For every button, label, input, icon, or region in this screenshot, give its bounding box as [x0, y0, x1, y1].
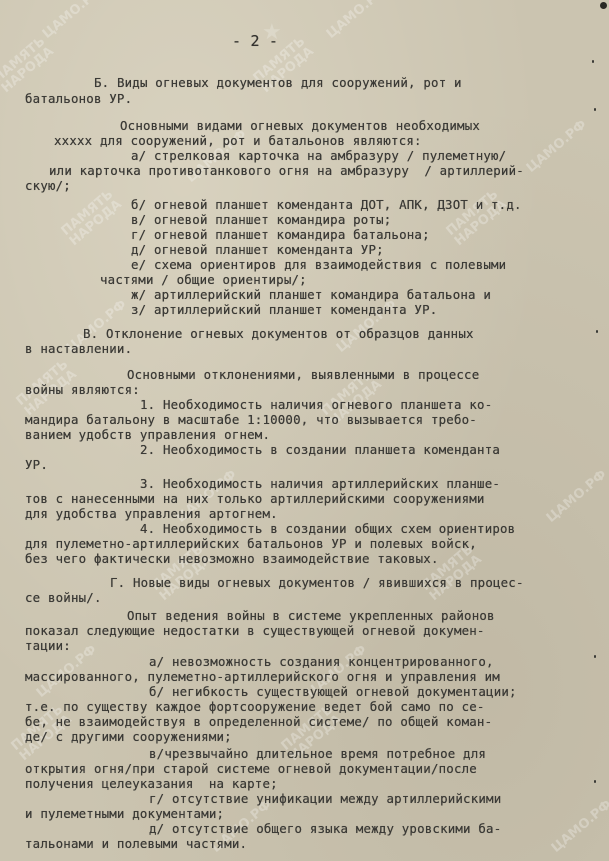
text-line: тации: [25, 639, 71, 653]
list-item-cont: для удобства управления артогнем. [25, 507, 278, 521]
list-item: а/ стрелковая карточка на амбразуру / пу… [131, 149, 506, 163]
list-item-cont: УР. [25, 458, 48, 472]
section-v-heading: В. Отклонение огневых документов от обра… [83, 327, 474, 341]
list-item: в/чрезвычайно длительное время потребное… [149, 747, 486, 761]
section-b-heading-cont: батальонов УР. [25, 92, 132, 106]
text-line: Основными видами огневых документов необ… [120, 119, 480, 133]
list-item-cont: ванием удобств управления огнем. [25, 428, 270, 442]
list-item: г/ огневой планшет командира батальона; [131, 228, 430, 242]
page-number: - 2 - [232, 34, 278, 48]
list-item-cont: т.е. по существу каждое фортсооружение в… [25, 700, 485, 714]
paper-speck [594, 108, 596, 111]
list-item-cont: тальонами и полевыми частями. [25, 837, 247, 851]
section-v-heading-cont: в наставлении. [25, 342, 132, 356]
text-line: ххххх для сооружений, рот и батальонов я… [54, 134, 422, 148]
list-item: б/ негибкость существующей огневой докум… [149, 685, 517, 699]
watermark-archive: ЦАМО.РФ [544, 468, 609, 525]
document-page: ЦАМО.РФ ЦАМО.РФ ПАМЯТЬНАРОДА ★ ПАМЯТЬНАР… [0, 0, 609, 861]
list-item-cont: мандира батальону в масштабе 1:10000, чт… [25, 413, 477, 427]
watermark-archive: ЦАМО.РФ [549, 798, 609, 855]
list-item: 3. Необходимость наличия артиллерийских … [140, 477, 500, 491]
section-g-heading: Г. Новые виды огневых документов / явивш… [110, 576, 524, 590]
list-item: з/ артиллерийский планшет коменданта УР. [131, 303, 437, 317]
watermark-archive: ЦАМО.РФ [40, 0, 105, 41]
list-item: 2. Необходимость в создании планшета ком… [140, 443, 500, 457]
list-item-cont: получения целеуказания на карте; [25, 777, 278, 791]
paper-speck [592, 60, 594, 63]
list-item-cont: скую/; [25, 179, 71, 193]
list-item-cont: де/ с другими сооружениями; [25, 730, 232, 744]
text-line: Опыт ведения войны в системе укрепленных… [127, 609, 495, 623]
watermark-archive: ЦАМО.РФ [524, 118, 589, 175]
paper-speck [594, 780, 596, 783]
list-item: д/ отсутствие общего языка между уровски… [149, 822, 501, 836]
paper-speck [596, 330, 598, 333]
list-item: е/ схема ориентиров для взаимодействия с… [131, 258, 506, 272]
list-item-cont: массированного, пулеметно-артиллерийског… [25, 670, 500, 684]
list-item: 1. Необходимость наличия огневого планше… [140, 398, 492, 412]
list-item: г/ отсутствие унификации между артиллери… [149, 792, 501, 806]
list-item: ж/ артиллерийский планшет командира бата… [131, 288, 491, 302]
list-item: в/ огневой планшет командира роты; [131, 213, 391, 227]
list-item-cont: бе, не взаимодействуя в определенной сис… [25, 715, 492, 729]
list-item-cont: без чего фактически невозможно взаимодей… [25, 552, 439, 566]
list-item-cont: открытия огня/при старой системе огневой… [25, 762, 477, 776]
watermark-project: ПАМЯТЬНАРОДА [59, 188, 124, 249]
list-item: д/ огневой планшет коменданта УР; [131, 243, 384, 257]
list-item-cont: и пулеметными документами; [25, 807, 224, 821]
list-item-cont: тов с нанесенными на них только артиллер… [25, 492, 485, 506]
list-item-cont: или карточка противотанкового огня на ам… [49, 164, 524, 178]
paper-speck [594, 655, 596, 658]
text-line: показал следующие недостатки в существую… [25, 624, 485, 638]
list-item: а/ невозможность создания концентрирован… [149, 655, 494, 669]
binder-hole [600, 2, 607, 9]
text-line: войны являются: [25, 383, 140, 397]
watermark-project: ПАМЯТЬНАРОДА [0, 35, 56, 96]
section-g-heading-cont: се войны/. [25, 591, 102, 605]
list-item: 4. Необходимость в создании общих схем о… [140, 522, 515, 536]
list-item: б/ огневой планшет коменданта ДОТ, АПК, … [131, 198, 522, 212]
text-line: Основными отклонениями, выявленными в пр… [127, 368, 479, 382]
list-item-cont: частями / общие ориентиры/; [100, 273, 307, 287]
list-item-cont: для пулеметно-артиллерийских батальонов … [25, 537, 477, 551]
section-b-heading: Б. Виды огневых документов для сооружени… [94, 76, 462, 90]
watermark-archive: ЦАМО.РФ [324, 0, 389, 41]
